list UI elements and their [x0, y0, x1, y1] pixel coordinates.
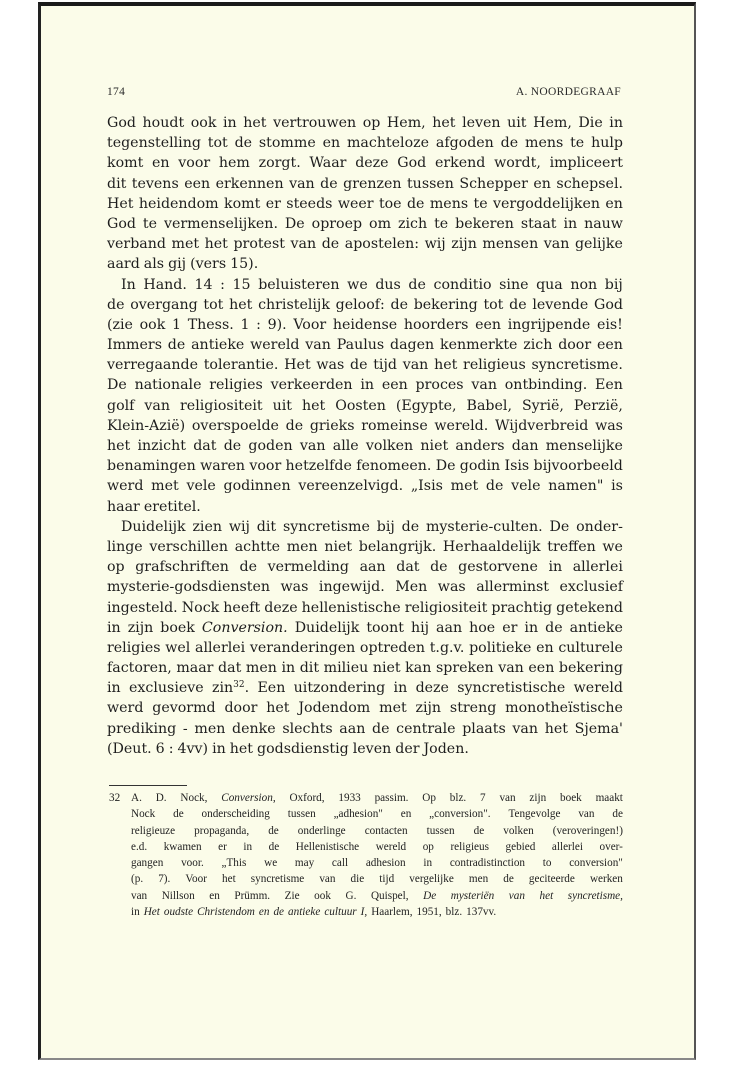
word: Duidelijk: [121, 517, 186, 537]
word: syncretistische: [457, 678, 565, 698]
word: Sjema': [575, 719, 623, 739]
word: door: [558, 335, 591, 355]
text-line: deovergangtothetchristelijkgeloof:debeke…: [107, 295, 623, 315]
word: met: [172, 234, 200, 254]
word: de: [269, 839, 280, 855]
word: aan: [436, 618, 462, 638]
word: wereld: [250, 335, 299, 355]
word: een: [475, 315, 501, 335]
text-line: ImmersdeantiekewereldvanPaulusdagenkenme…: [107, 335, 623, 355]
word: „This: [222, 855, 247, 871]
word: linge: [107, 537, 143, 557]
word: van: [291, 234, 317, 254]
word: centrale: [396, 719, 455, 739]
word: religieus: [450, 839, 489, 855]
word: G.: [346, 888, 357, 904]
word: Hem,: [533, 113, 572, 133]
word: boek: [160, 618, 195, 638]
word: beluisteren: [258, 275, 339, 295]
word: to: [543, 855, 552, 871]
word: door: [224, 698, 257, 718]
word: aan: [339, 719, 365, 739]
word: „Isis: [411, 476, 443, 496]
word: van: [509, 888, 525, 904]
word: toe: [379, 194, 402, 214]
word: de: [503, 871, 514, 887]
word: vereenzelvigd.: [298, 476, 403, 496]
word: der: [395, 739, 419, 759]
word: de: [107, 295, 124, 315]
text-line: tegenstellingtotdestommeenmachtelozeafgo…: [107, 133, 623, 153]
word: niet: [324, 537, 352, 557]
word: onderscheiding: [202, 806, 270, 822]
text-line: werdgevormddoorhetJodendommetzijnstrengm…: [107, 698, 623, 718]
word: Hand.: [143, 275, 187, 295]
word: Babel,: [467, 396, 512, 416]
word: de: [545, 618, 562, 638]
text-line: Duidelijkzienwijditsyncretismebijdemyste…: [107, 517, 623, 537]
word: grenzen: [343, 174, 401, 194]
word: erkend: [435, 153, 485, 173]
word: syncretisme.: [531, 355, 622, 375]
word: in: [423, 855, 432, 871]
word: passim.: [375, 790, 409, 806]
word: en: [152, 153, 170, 173]
word: en: [536, 638, 554, 658]
word: Klein-Azië): [107, 416, 185, 436]
word: belangrijk.: [359, 537, 437, 557]
word: 4vv): [177, 739, 208, 759]
footnote-line: A.D.Nock,Conversion,Oxford,1933passim.Op…: [131, 790, 623, 806]
text-line: (Deut.6:4vv)inhetgodsdienstiglevenderJod…: [107, 739, 623, 759]
word: vele: [186, 476, 215, 496]
word: te: [570, 133, 584, 153]
word: Voor: [185, 871, 207, 887]
word: religies: [209, 375, 263, 395]
word: overgang: [130, 295, 198, 315]
word: (zie: [107, 315, 133, 335]
word: dus: [375, 275, 401, 295]
word: van: [131, 888, 147, 904]
word: 7).: [158, 871, 170, 887]
word: de: [408, 275, 425, 295]
footnote-line: vanNillsonenPrümm.ZieookG.Quispel,Demyst…: [131, 888, 623, 904]
word: Paulus: [337, 335, 384, 355]
word: sine: [499, 275, 528, 295]
word: antieke: [570, 618, 623, 638]
word: kan: [405, 658, 431, 678]
word: politieke: [469, 638, 531, 658]
word: tussen: [427, 823, 455, 839]
word: vermenselijken.: [164, 214, 278, 234]
text-line: Hetheidendomkomtersteedsweertoedemenstev…: [107, 194, 623, 214]
word: bij: [605, 275, 623, 295]
word: houdt: [143, 113, 185, 133]
word: het: [229, 295, 252, 315]
word: op: [107, 557, 125, 577]
word: leven: [353, 739, 391, 759]
word: was: [438, 577, 466, 597]
word: haar: [107, 497, 140, 517]
word: 9).: [268, 315, 287, 335]
word: heidense: [333, 315, 397, 335]
text-line: haareretitel.: [107, 497, 623, 517]
word: syncretisme: [251, 871, 304, 887]
word: Tengevolge: [508, 806, 560, 822]
word: 6: [156, 739, 165, 759]
word: syncretisme: [283, 517, 370, 537]
word: religiositeit: [180, 396, 263, 416]
word: allerlei: [195, 638, 245, 658]
text-line: inzijnboekConversion.Duidelijktoonthijaa…: [107, 618, 623, 638]
text-line: lingeverschillenachttemennietbelangrijk.…: [107, 537, 623, 557]
text-line: dittevenseenerkennenvandegrenzentussenSc…: [107, 174, 623, 194]
word: gebied: [506, 839, 536, 855]
word: er: [266, 194, 281, 214]
word: wij: [229, 517, 250, 537]
word: allerlei: [573, 557, 623, 577]
word: gevormd: [152, 698, 215, 718]
word: religies: [107, 638, 161, 658]
word: namen": [548, 476, 603, 496]
word: en: [533, 174, 551, 194]
word: 1: [172, 315, 181, 335]
text-line: InHand.14:15beluisterenwedusdeconditiosi…: [107, 275, 623, 295]
word: in: [524, 618, 538, 638]
text-line: GodhoudtookinhetvertrouwenopHem,hetleven…: [107, 113, 623, 133]
word: Syrië,: [522, 396, 564, 416]
word: weer: [338, 194, 374, 214]
word: volken: [503, 823, 533, 839]
word: dat: [193, 436, 216, 456]
word: ontbinding.: [505, 375, 588, 395]
word: te: [143, 214, 157, 234]
word: God: [397, 153, 426, 173]
word: van: [544, 234, 570, 254]
word: niet: [373, 658, 401, 678]
word: Die: [578, 113, 602, 133]
word: Men: [395, 577, 427, 597]
footnote-number: 32: [109, 790, 120, 806]
word: ingrijpende: [508, 315, 591, 335]
word: de: [486, 476, 503, 496]
word: mysterie-godsdiensten: [107, 577, 270, 597]
word: Conversion,: [221, 790, 275, 806]
word: mens: [525, 133, 563, 153]
word: treffen: [547, 537, 596, 557]
word: het: [540, 888, 554, 904]
word: in: [563, 214, 577, 234]
author-header: A. NOORDEGRAAF: [516, 86, 621, 98]
word: werken: [590, 871, 623, 887]
page-number: 174: [107, 86, 125, 98]
word: plaats: [462, 719, 506, 739]
word: in: [212, 739, 226, 759]
body-text: GodhoudtookinhetvertrouwenopHem,hetleven…: [107, 113, 623, 759]
word: mysterie-culten.: [426, 517, 543, 537]
footnote-rule: [109, 785, 187, 786]
word: kwamen: [164, 839, 202, 855]
word: culturele: [558, 638, 623, 658]
word: call: [332, 855, 348, 871]
word: met: [379, 698, 407, 718]
word: menselijke: [546, 436, 623, 456]
word: in: [360, 375, 374, 395]
word: streng: [450, 698, 496, 718]
word: blz.: [446, 904, 462, 920]
word: van: [403, 355, 429, 375]
text-line: mysterie-godsdienstenwasingewijd.Menwasa…: [107, 577, 623, 597]
word: gij: [168, 254, 186, 274]
word: is: [611, 476, 623, 496]
word: 1951,: [417, 904, 442, 920]
word: de: [286, 416, 303, 436]
word: de: [430, 557, 447, 577]
word: antieke: [191, 335, 244, 355]
word: bij: [377, 517, 395, 537]
word: contacten: [365, 823, 408, 839]
word: (veroveringen!): [553, 823, 623, 839]
word: de: [240, 557, 257, 577]
word: van: [498, 658, 524, 678]
word: allerminst: [476, 577, 549, 597]
word: aan: [360, 557, 386, 577]
word: mens: [430, 194, 468, 214]
word: het: [302, 396, 325, 416]
running-head: 174 A. NOORDEGRAAF: [107, 86, 621, 98]
word: tot: [203, 295, 223, 315]
text-line: Klein-Azië)overspoeldedegrieksromeinsewe…: [107, 416, 623, 436]
word: e.d.: [131, 839, 147, 855]
word: hulp: [591, 133, 623, 153]
word: dit: [107, 174, 126, 194]
word: als: [144, 254, 164, 274]
word: zich: [398, 214, 427, 234]
word: was: [281, 577, 309, 597]
word: spreken: [436, 658, 494, 678]
word: wel: [165, 638, 190, 658]
word: fenomeen.: [356, 456, 431, 476]
footnote-reference[interactable]: zin32.: [212, 678, 249, 698]
word: hellenistische: [302, 598, 401, 618]
word: bekeren: [455, 214, 514, 234]
word: in: [243, 839, 252, 855]
word: tijd: [379, 871, 394, 887]
word: Herhaaldelijk: [443, 537, 541, 557]
word: wereld: [574, 678, 623, 698]
word: milieu: [324, 658, 369, 678]
word: Haarlem,: [371, 904, 412, 920]
word: voor: [178, 153, 210, 173]
word: Jodendom: [298, 698, 370, 718]
word: conversion": [569, 855, 623, 871]
word: zijn: [416, 698, 442, 718]
text-line: verregaandetolerantie.Hetwasdetijdvanhet…: [107, 355, 623, 375]
word: ook: [314, 888, 331, 904]
word: Het: [107, 194, 133, 214]
word: de: [474, 823, 485, 839]
word: vertrouwen: [273, 113, 356, 133]
word: De: [285, 214, 305, 234]
word: uit: [507, 113, 526, 133]
word: in: [609, 113, 623, 133]
word: onder-: [576, 517, 623, 537]
word: God: [107, 214, 136, 234]
word: contradistinction: [450, 855, 525, 871]
word: we: [347, 275, 368, 295]
word: de: [168, 335, 185, 355]
word: en: [259, 904, 270, 920]
word: onderlinge: [298, 823, 346, 839]
text-line: hetinzichtdatdegodenvanallevolkennietand…: [107, 436, 623, 456]
word: verkeerden: [271, 375, 353, 395]
word: exclusief: [560, 577, 623, 597]
word: tevens: [132, 174, 179, 194]
word: „adhesion": [334, 806, 383, 822]
word: in: [107, 678, 121, 698]
word: Het: [144, 904, 160, 920]
word: wereld: [376, 839, 406, 855]
text-line: Godtevermenselijken.Deoproepomzichtebeke…: [107, 214, 623, 234]
word: Op: [422, 790, 436, 806]
word: syncretisme,: [568, 888, 623, 904]
word: factoren,: [107, 658, 172, 678]
word: zijn: [128, 618, 154, 638]
footnotes: 32A.D.Nock,Conversion,Oxford,1933passim.…: [107, 790, 623, 920]
word: te: [474, 194, 488, 214]
word: levende: [532, 295, 588, 315]
word: werd: [107, 476, 143, 496]
word: in: [548, 557, 562, 577]
word: op: [423, 839, 434, 855]
footnote-line: e.d.kwamenerindeHellenistischewereldopre…: [131, 839, 623, 855]
text-line: religieswelallerleiveranderingenoptreden…: [107, 638, 623, 658]
word: het: [107, 436, 130, 456]
word: optreden: [360, 638, 425, 658]
word: proces: [416, 375, 464, 395]
word: protest: [233, 234, 285, 254]
word: steeds: [286, 194, 332, 214]
word: tijd: [373, 355, 397, 375]
word: Joden.: [424, 739, 469, 759]
word: deze: [416, 678, 449, 698]
word: de: [391, 295, 408, 315]
word: Quispel,: [371, 888, 409, 904]
word: Waar: [309, 153, 346, 173]
word: t.g.v.: [430, 638, 465, 658]
word: ingesteld.: [107, 598, 178, 618]
word: impliceert: [550, 153, 623, 173]
text-line: factoren,maardatmeninditmilieunietkanspr…: [107, 658, 623, 678]
word: tegenstelling: [107, 133, 201, 153]
word: Immers: [107, 335, 162, 355]
word: boek: [560, 790, 582, 806]
word: van: [305, 335, 331, 355]
word: Christendom: [197, 904, 255, 920]
text-line: aardalsgij(vers15).: [107, 254, 623, 274]
word: golf: [107, 396, 134, 416]
word: Nock: [182, 598, 220, 618]
word: oproep: [312, 214, 362, 234]
word: getekend: [556, 598, 623, 618]
word: was: [595, 416, 623, 436]
word: qua: [536, 275, 563, 295]
word: uit: [273, 396, 292, 416]
word: Het: [284, 355, 310, 375]
word: verschillen: [149, 537, 228, 557]
word: wordt,: [494, 153, 541, 173]
text-line: golfvanreligiositeituithetOosten(Egypte,…: [107, 396, 623, 416]
word: (Egypte,: [396, 396, 457, 416]
word: komt: [107, 153, 143, 173]
word: anders: [455, 436, 504, 456]
word: tussen: [407, 174, 454, 194]
word: de: [402, 517, 419, 537]
word: exclusieve: [129, 678, 204, 698]
word: de: [509, 295, 526, 315]
word: voor.: [181, 855, 204, 871]
word: vele: [511, 476, 540, 496]
word: het: [230, 739, 253, 759]
word: van: [499, 790, 515, 806]
word: oudste: [164, 904, 193, 920]
word: uitzondering: [294, 678, 386, 698]
word: vergoddelijken: [493, 194, 600, 214]
word: bekering: [414, 295, 478, 315]
word: waren: [200, 456, 245, 476]
text-line: (zieook1Thess.1:9).Voorheidensehoorderse…: [107, 315, 623, 335]
word: van: [289, 174, 315, 194]
word: niet: [420, 436, 448, 456]
word: mensen: [482, 234, 538, 254]
word: en: [209, 888, 220, 904]
word: God: [107, 113, 136, 133]
word: en: [401, 806, 412, 822]
word: tussen: [288, 806, 316, 822]
word: men: [194, 719, 225, 739]
word: zien: [192, 517, 222, 537]
word: staat: [521, 214, 557, 234]
word: in: [131, 904, 140, 920]
word: Conversion.: [202, 618, 288, 638]
word: wij: [425, 234, 446, 254]
word: -: [183, 719, 188, 739]
word: cultuur: [324, 904, 356, 920]
word: :: [256, 315, 261, 335]
word: zorgt.: [259, 153, 301, 173]
word: het: [545, 719, 568, 739]
word: religiositeit: [405, 598, 488, 618]
footnote-line: inHetoudsteChristendomendeantiekecultuur…: [131, 904, 623, 920]
word: godinnen: [224, 476, 291, 496]
word: „conversion".: [429, 806, 490, 822]
word: mysteriën: [451, 888, 495, 904]
word: Thess.: [188, 315, 234, 335]
word: A.: [131, 790, 142, 806]
word: I,: [361, 904, 368, 920]
word: propaganda,: [194, 823, 249, 839]
word: volken: [366, 436, 413, 456]
word: bekering: [559, 658, 623, 678]
word: de: [407, 194, 424, 214]
word: er: [218, 839, 227, 855]
word: we: [264, 855, 277, 871]
word: religieuze: [131, 823, 175, 839]
word: in: [223, 113, 237, 133]
word: christelijk: [258, 295, 330, 315]
word: komt: [224, 194, 260, 214]
word: met: [151, 476, 179, 496]
